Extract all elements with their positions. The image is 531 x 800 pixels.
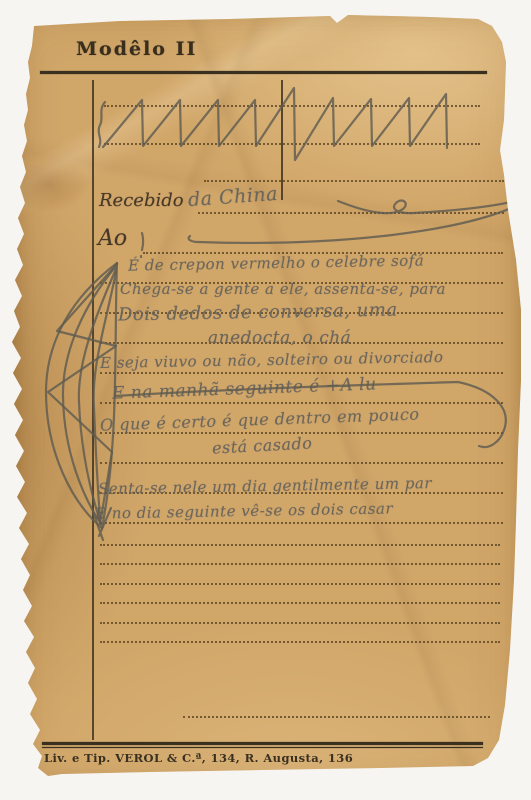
form-title: Modêlo II [76, 38, 197, 60]
ruled-dotted-line [100, 583, 500, 585]
ruled-dotted-line [100, 622, 500, 624]
ruled-dotted-line [100, 402, 503, 404]
handwriting-line: Dois dedos de conversa, uma [118, 300, 398, 326]
handwriting-line: Chega-se a gente a ele, assenta-se, para [120, 280, 446, 298]
pencil-doodles-layer [0, 0, 531, 800]
handwriting-line-struck: E na manhã seguinte é +A lu [112, 374, 377, 403]
received-label: Recebido [99, 190, 184, 211]
scan-background: Modêlo II Recebido Ao da China É de crep [0, 0, 531, 800]
ruled-dotted-line [204, 180, 504, 182]
ruled-dotted-line [104, 105, 480, 107]
handwriting-line: E no dia seguinte vê-se os dois casar [95, 499, 393, 522]
handwriting-line: Senta-se nele um dia gentilmente um par [98, 474, 432, 498]
ruled-dotted-line [100, 522, 503, 524]
brace-squiggle [99, 102, 105, 147]
footer-rule-thick [42, 742, 483, 745]
ruled-dotted-line [100, 563, 500, 565]
printer-imprint: Liv. e Tip. VEROL & C.ª, 134, R. Augusta… [44, 751, 353, 765]
footer-rule-thin [42, 747, 483, 748]
ruled-dotted-line [100, 641, 500, 643]
column-divider-line [281, 80, 283, 200]
handwriting-line: está casado [212, 433, 313, 457]
ruled-dotted-line [198, 212, 504, 214]
ruled-dotted-line [104, 143, 480, 145]
header-rule [40, 71, 487, 74]
ruled-dotted-line [183, 716, 490, 718]
ruled-dotted-line [100, 462, 503, 464]
paper-sheet: Modêlo II Recebido Ao da China É de crep [0, 0, 531, 800]
ruled-dotted-line [100, 602, 500, 604]
ruled-dotted-line [100, 544, 500, 546]
sawtooth-zigzag-doodle [103, 88, 447, 160]
ruled-dotted-line [100, 372, 503, 374]
left-margin-line [92, 80, 94, 740]
to-label: Ao [98, 226, 127, 251]
flourish-swoosh-return [189, 203, 522, 243]
handwriting-received-value: da China [187, 183, 278, 211]
handwriting-line: anedocta, o chá [208, 328, 351, 348]
paper-edge-shading [0, 0, 531, 800]
handwriting-line: É de crepon vermelho o celebre sofá [128, 251, 425, 274]
handwriting-line: E seja viuvo ou não, solteiro ou divorci… [100, 348, 444, 372]
handwriting-line: O que é certo é que dentro em pouco [100, 404, 420, 434]
